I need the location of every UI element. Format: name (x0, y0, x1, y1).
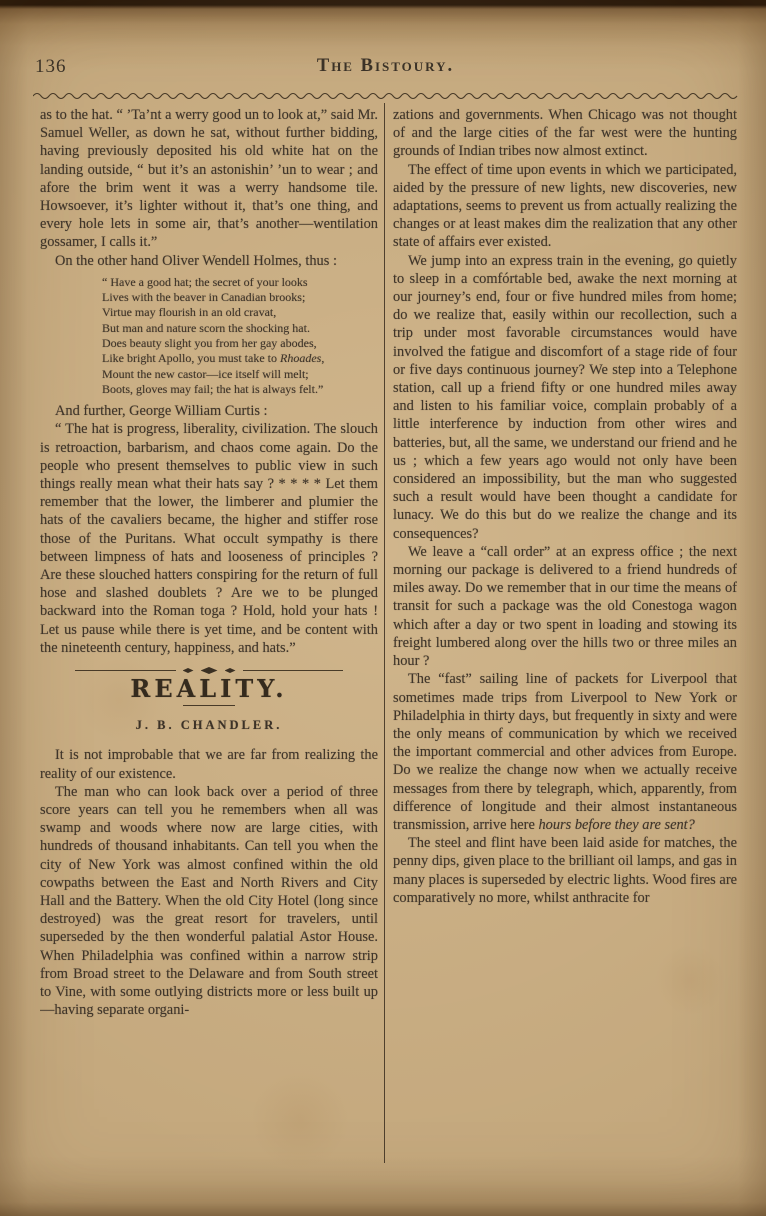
diamond-icon (225, 668, 236, 673)
paragraph-text: The “fast” sailing line of packets for L… (393, 671, 737, 833)
poem-line: Lives with the beaver in Canadian brooks… (102, 290, 378, 305)
paragraph: The “fast” sailing line of packets for L… (393, 670, 737, 834)
section-ornament (75, 667, 343, 674)
paragraph-italic: hours before they are sent? (538, 817, 694, 833)
section-title-rule (183, 705, 235, 706)
wavy-divider (33, 88, 739, 100)
section-title: REALITY. (40, 680, 378, 698)
poem-line: Boots, gloves may fail; the hat is alway… (102, 382, 378, 397)
paragraph: “ The hat is progress, liberality, civil… (40, 420, 378, 657)
column-divider (384, 103, 385, 1163)
poem-line: Virtue may flourish in an old cravat, (102, 305, 378, 320)
paragraph: zations and governments. When Chicago wa… (393, 106, 737, 161)
ornament-line (243, 670, 344, 671)
right-column: zations and governments. When Chicago wa… (393, 106, 737, 1168)
paragraph: We leave a “call order” at an express of… (393, 543, 737, 670)
poem-line: Does beauty slight you from her gay abod… (102, 336, 378, 351)
paragraph: On the other hand Oliver Wendell Holmes,… (40, 252, 378, 270)
poem-line-italic: Rhoades (280, 351, 321, 365)
paragraph: It is not improbable that we are far fro… (40, 746, 378, 782)
poem-line: “ Have a good hat; the secret of your lo… (102, 275, 378, 290)
left-column: as to the hat. “ ’Ta’nt a werry good un … (40, 106, 378, 1168)
paragraph: And further, George William Curtis : (40, 402, 378, 420)
paragraph: as to the hat. “ ’Ta’nt a werry good un … (40, 106, 378, 252)
paragraph: We jump into an express train in the eve… (393, 252, 737, 543)
paragraph: The effect of time upon events in which … (393, 161, 737, 252)
poem-block: “ Have a good hat; the secret of your lo… (102, 275, 378, 397)
diamond-icon (183, 668, 194, 673)
wavy-divider-svg (33, 89, 739, 101)
poem-line: But man and nature scorn the shocking ha… (102, 321, 378, 336)
poem-line: Mount the new castor—ice itself will mel… (102, 367, 378, 382)
byline: J. B. CHANDLER. (40, 716, 378, 734)
paragraph: The steel and flint have been laid aside… (393, 834, 737, 907)
page-header: 136 The Bistoury. (35, 54, 736, 84)
wavy-divider-path (33, 94, 737, 99)
poem-line-text: , (321, 351, 324, 365)
diamond-icon (201, 667, 218, 674)
page-title: The Bistoury. (35, 56, 736, 77)
ornament-line (75, 670, 176, 671)
paragraph: The man who can look back over a period … (40, 783, 378, 1020)
poem-line: Like bright Apollo, you must take to Rho… (102, 351, 378, 366)
poem-line-text: Like bright Apollo, you must take to (102, 351, 280, 365)
